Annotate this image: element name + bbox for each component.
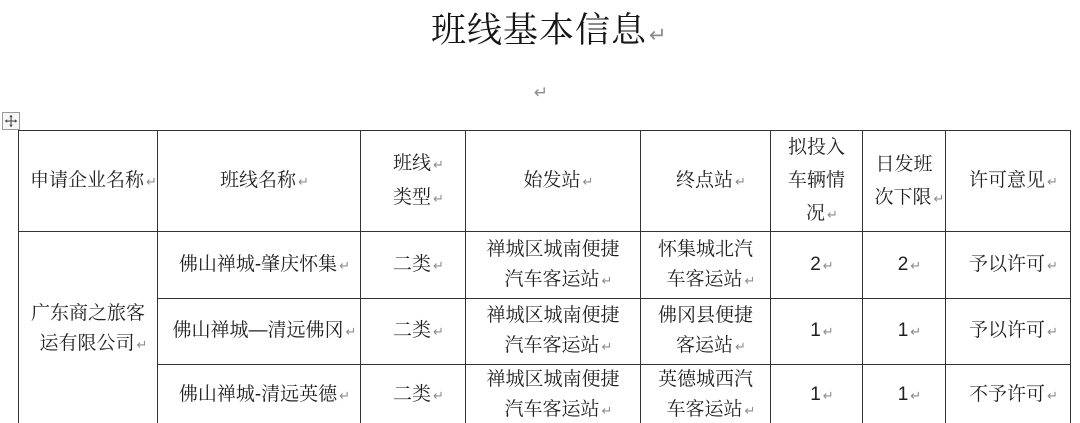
cell-terminal[interactable]: 英德城西汽 车客运站↵ <box>641 365 771 423</box>
cell-terminal[interactable]: 怀集城北汽 车客运站↵ <box>641 232 771 299</box>
cell-route[interactable]: 佛山禅城-肇庆怀集↵ <box>158 232 361 299</box>
cell-type[interactable]: 二类↵ <box>361 232 466 299</box>
document-page: 班线基本信息↵ ↵ <box>0 0 1080 423</box>
header-row: 申请企业名称↵ 班线名称↵ 班线↵ 类型↵ 始发站↵ 终点站↵ 拟投入 车辆情 … <box>19 131 1071 232</box>
header-vehicles[interactable]: 拟投入 车辆情 况↵ <box>771 131 863 232</box>
page-title[interactable]: 班线基本信息↵ <box>0 8 1080 59</box>
cell-daily[interactable]: 2↵ <box>863 232 946 299</box>
cell-type[interactable]: 二类↵ <box>361 299 466 365</box>
empty-paragraph[interactable]: ↵ <box>0 82 1080 105</box>
cell-origin[interactable]: 禅城区城南便捷 汽车客运站↵ <box>466 365 641 423</box>
cell-route[interactable]: 佛山禅城—清远佛冈↵ <box>158 299 361 365</box>
cell-origin[interactable]: 禅城区城南便捷 汽车客运站↵ <box>466 299 641 365</box>
cell-origin[interactable]: 禅城区城南便捷 汽车客运站↵ <box>466 232 641 299</box>
header-opinion[interactable]: 许可意见↵ <box>946 131 1071 232</box>
cell-opinion[interactable]: 不予许可↵ <box>946 365 1071 423</box>
cell-type[interactable]: 二类↵ <box>361 365 466 423</box>
cell-daily[interactable]: 1↵ <box>863 365 946 423</box>
header-company[interactable]: 申请企业名称↵ <box>19 131 158 232</box>
cell-company[interactable]: 广东商之旅客 运有限公司↵ <box>19 232 158 423</box>
page-title-text: 班线基本信息 <box>431 11 647 50</box>
cell-vehicles[interactable]: 2↵ <box>771 232 863 299</box>
cell-opinion[interactable]: 予以许可↵ <box>946 299 1071 365</box>
cell-vehicles[interactable]: 1↵ <box>771 299 863 365</box>
table-row: 佛山禅城—清远佛冈↵ 二类↵ 禅城区城南便捷 汽车客运站↵ 佛冈县便捷 客运站↵… <box>19 299 1071 365</box>
cell-terminal[interactable]: 佛冈县便捷 客运站↵ <box>641 299 771 365</box>
move-cross-icon <box>4 114 18 128</box>
header-type[interactable]: 班线↵ 类型↵ <box>361 131 466 232</box>
header-terminal[interactable]: 终点站↵ <box>641 131 771 232</box>
paragraph-mark-icon: ↵ <box>534 82 548 104</box>
header-route[interactable]: 班线名称↵ <box>158 131 361 232</box>
table-row: 广东商之旅客 运有限公司↵ 佛山禅城-肇庆怀集↵ 二类↵ 禅城区城南便捷 汽车客… <box>19 232 1071 299</box>
table-row: 佛山禅城-清远英德↵ 二类↵ 禅城区城南便捷 汽车客运站↵ 英德城西汽 车客运站… <box>19 365 1071 423</box>
route-info-table: 申请企业名称↵ 班线名称↵ 班线↵ 类型↵ 始发站↵ 终点站↵ 拟投入 车辆情 … <box>18 130 1071 423</box>
cell-opinion[interactable]: 予以许可↵ <box>946 232 1071 299</box>
cell-vehicles[interactable]: 1↵ <box>771 365 863 423</box>
cell-daily[interactable]: 1↵ <box>863 299 946 365</box>
header-origin[interactable]: 始发站↵ <box>466 131 641 232</box>
cell-route[interactable]: 佛山禅城-清远英德↵ <box>158 365 361 423</box>
table-move-handle[interactable] <box>2 112 20 130</box>
header-daily[interactable]: 日发班 次下限↵ <box>863 131 946 232</box>
